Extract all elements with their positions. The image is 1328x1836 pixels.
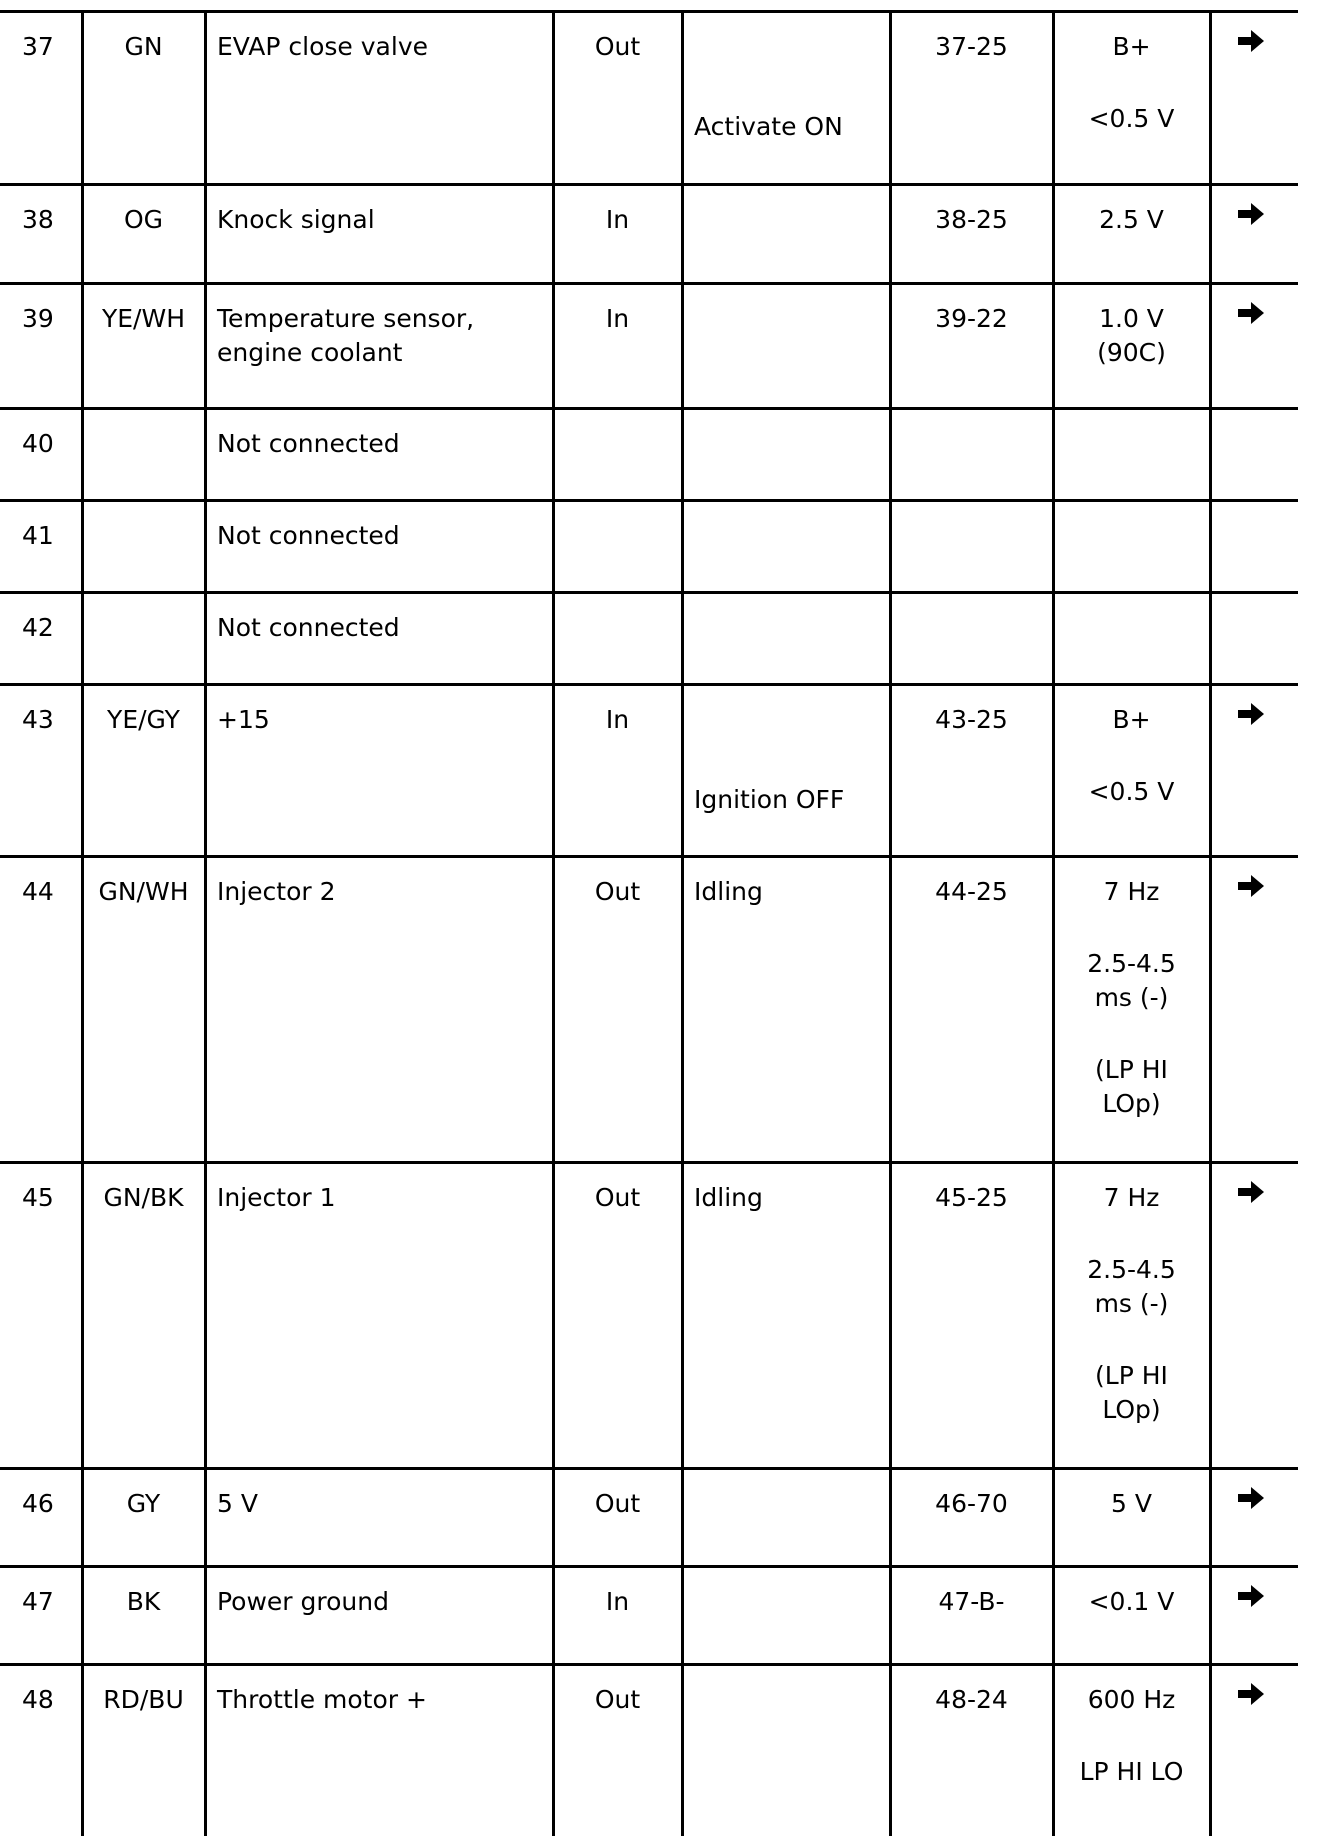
arrow-right-icon[interactable] xyxy=(1238,1181,1264,1203)
value-text: (90C) xyxy=(1053,336,1210,370)
pin-text: 40 xyxy=(22,427,54,461)
direction-text: Out xyxy=(553,30,682,64)
description-text: Not connected xyxy=(217,427,400,461)
value-text: 2.5 V xyxy=(1053,203,1210,237)
row-divider xyxy=(0,1565,1298,1568)
row-divider xyxy=(0,1467,1298,1470)
value-text: (LP HI xyxy=(1053,1053,1210,1087)
description-text: Temperature sensor, xyxy=(217,302,474,336)
row-divider xyxy=(0,1663,1298,1666)
value-text: 2.5-4.5 xyxy=(1053,947,1210,981)
condition-text: Activate ON xyxy=(694,110,843,144)
pin-text: 43 xyxy=(22,703,54,737)
pinout-table: 37GNEVAP close valveOutActivate ON37-25B… xyxy=(0,0,1328,1836)
direction-text: Out xyxy=(553,1683,682,1717)
arrow-right-icon[interactable] xyxy=(1238,302,1264,324)
value-text: <0.5 V xyxy=(1053,102,1210,136)
color-text: RD/BU xyxy=(82,1683,205,1717)
arrow-right-icon[interactable] xyxy=(1238,203,1264,225)
pin-text: 45 xyxy=(22,1181,54,1215)
description-text: +15 xyxy=(217,703,270,737)
arrow-right-icon[interactable] xyxy=(1238,703,1264,725)
value-text: ms (-) xyxy=(1053,1287,1210,1321)
pin-text: 42 xyxy=(22,611,54,645)
value-text: ms (-) xyxy=(1053,981,1210,1015)
color-text: BK xyxy=(82,1585,205,1619)
description-text: Injector 2 xyxy=(217,875,336,909)
arrow-right-icon[interactable] xyxy=(1238,875,1264,897)
direction-text: Out xyxy=(553,1487,682,1521)
condition-text: Idling xyxy=(694,875,763,909)
arrow-right-icon[interactable] xyxy=(1238,1585,1264,1607)
measure-text: 45-25 xyxy=(890,1181,1053,1215)
value-text: 7 Hz xyxy=(1053,1181,1210,1215)
description-text: EVAP close valve xyxy=(217,30,428,64)
row-divider xyxy=(0,591,1298,594)
pin-text: 41 xyxy=(22,519,54,553)
measure-text: 48-24 xyxy=(890,1683,1053,1717)
value-text: <0.5 V xyxy=(1053,775,1210,809)
color-text: GY xyxy=(82,1487,205,1521)
row-divider xyxy=(0,407,1298,410)
pin-text: 37 xyxy=(22,30,54,64)
value-text: LOp) xyxy=(1053,1393,1210,1427)
row-divider xyxy=(0,1161,1298,1164)
direction-text: In xyxy=(553,1585,682,1619)
color-text: YE/WH xyxy=(82,302,205,336)
color-text: OG xyxy=(82,203,205,237)
color-text: YE/GY xyxy=(82,703,205,737)
value-text: (LP HI xyxy=(1053,1359,1210,1393)
value-text: 600 Hz xyxy=(1053,1683,1210,1717)
arrow-right-icon[interactable] xyxy=(1238,1683,1264,1705)
color-text: GN/BK xyxy=(82,1181,205,1215)
value-text: B+ xyxy=(1053,703,1210,737)
row-divider xyxy=(0,10,1298,13)
description-text: Not connected xyxy=(217,519,400,553)
pin-text: 38 xyxy=(22,203,54,237)
row-divider xyxy=(0,282,1298,285)
value-text: 5 V xyxy=(1053,1487,1210,1521)
description-text: Power ground xyxy=(217,1585,389,1619)
measure-text: 43-25 xyxy=(890,703,1053,737)
color-text: GN xyxy=(82,30,205,64)
pin-text: 48 xyxy=(22,1683,54,1717)
direction-text: In xyxy=(553,703,682,737)
pin-text: 46 xyxy=(22,1487,54,1521)
description-text: engine coolant xyxy=(217,336,402,370)
measure-text: 47-B- xyxy=(890,1585,1053,1619)
value-text: <0.1 V xyxy=(1053,1585,1210,1619)
measure-text: 37-25 xyxy=(890,30,1053,64)
direction-text: In xyxy=(553,302,682,336)
arrow-right-icon[interactable] xyxy=(1238,1487,1264,1509)
value-text: 7 Hz xyxy=(1053,875,1210,909)
value-text: B+ xyxy=(1053,30,1210,64)
row-divider xyxy=(0,499,1298,502)
description-text: Injector 1 xyxy=(217,1181,336,1215)
measure-text: 44-25 xyxy=(890,875,1053,909)
direction-text: Out xyxy=(553,1181,682,1215)
value-text: LOp) xyxy=(1053,1087,1210,1121)
pin-text: 47 xyxy=(22,1585,54,1619)
arrow-right-icon[interactable] xyxy=(1238,30,1264,52)
description-text: 5 V xyxy=(217,1487,258,1521)
measure-text: 46-70 xyxy=(890,1487,1053,1521)
direction-text: Out xyxy=(553,875,682,909)
measure-text: 38-25 xyxy=(890,203,1053,237)
row-divider xyxy=(0,183,1298,186)
condition-text: Idling xyxy=(694,1181,763,1215)
description-text: Not connected xyxy=(217,611,400,645)
direction-text: In xyxy=(553,203,682,237)
measure-text: 39-22 xyxy=(890,302,1053,336)
value-text: 2.5-4.5 xyxy=(1053,1253,1210,1287)
row-divider xyxy=(0,683,1298,686)
description-text: Knock signal xyxy=(217,203,375,237)
pin-text: 44 xyxy=(22,875,54,909)
value-text: LP HI LO xyxy=(1053,1755,1210,1789)
pin-text: 39 xyxy=(22,302,54,336)
condition-text: Ignition OFF xyxy=(694,783,844,817)
value-text: 1.0 V xyxy=(1053,302,1210,336)
row-divider xyxy=(0,855,1298,858)
description-text: Throttle motor + xyxy=(217,1683,427,1717)
color-text: GN/WH xyxy=(82,875,205,909)
